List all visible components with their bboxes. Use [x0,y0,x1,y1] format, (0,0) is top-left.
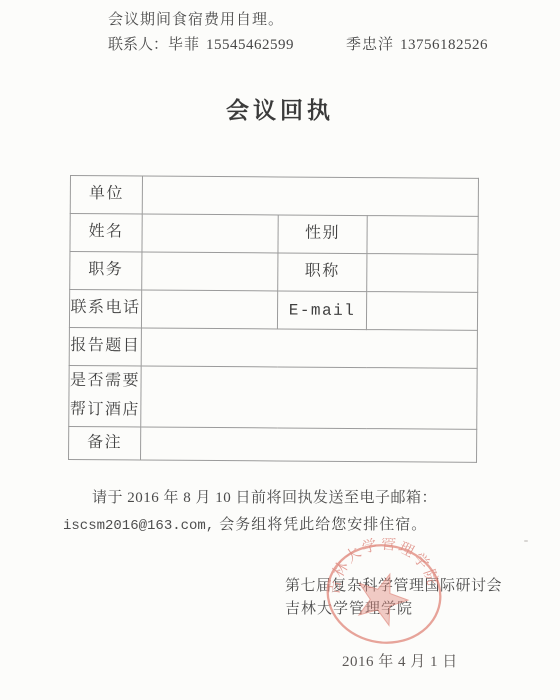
field-value-name [142,214,278,253]
email-text: iscsm2016@163.com, [63,518,214,534]
official-seal: 吉林大学管理学院 [320,538,448,652]
intro-text: 会议期间食宿费用自理。 [108,8,284,29]
table-row-unit: 单位 [70,176,478,217]
table-row-report-topic: 报告题目 [69,327,477,368]
field-value-phone [141,290,277,329]
date-line: 2016 年 4 月 1 日 [342,650,458,671]
field-label-email: E-mail [277,291,366,330]
table-row-phone-email: 联系电话 E-mail [69,290,477,331]
field-label-report-topic: 报告题目 [69,327,141,366]
field-label-hotel-booking: 是否需要 帮订酒店 [69,365,141,427]
field-label-unit: 单位 [70,176,142,215]
field-value-title [367,254,478,293]
scan-speck [524,540,528,542]
field-value-remarks [141,427,477,462]
field-label-position: 职务 [70,252,142,291]
note-line-2-rest: 会务组将凭此给您安排住宿。 [219,517,427,533]
field-label-remarks: 备注 [69,426,141,460]
contact2-name: 季忠洋 [346,37,394,53]
note-line-1: 请于 2016 年 8 月 10 日前将回执发送至电子邮箱： [92,486,437,507]
contact1-name: 毕菲 [168,37,200,53]
field-label-name: 姓名 [70,214,142,253]
organizer-name: 第七届复杂科学管理国际研讨会 [285,574,502,595]
table-row-name-gender: 姓名 性别 [70,214,478,255]
note-line-2: iscsm2016@163.com,会务组将凭此给您安排住宿。 [63,513,427,534]
table-row-hotel-booking: 是否需要 帮订酒店 [69,365,477,429]
reply-form-table: 单位 姓名 性别 职务 职称 联系电话 E-mail [68,175,479,463]
field-value-gender [367,216,478,255]
field-value-position [142,252,278,291]
field-value-unit [142,176,478,216]
organizer-dept: 吉林大学管理学院 [285,597,413,618]
reply-form: 单位 姓名 性别 职务 职称 联系电话 E-mail [68,175,478,463]
field-label-title: 职称 [278,253,367,292]
contact-label: 联系人： [108,37,168,53]
contact-line: 联系人：毕菲15545462599季忠洋13756182526 [108,33,488,54]
page-title: 会议回执 [0,92,560,125]
field-label-phone: 联系电话 [69,290,141,329]
field-value-email [366,292,477,331]
field-value-report-topic [141,328,477,368]
table-row-remarks: 备注 [69,426,477,462]
contact2-phone: 13756182526 [400,37,488,53]
field-value-hotel-booking [141,366,477,429]
field-label-gender: 性别 [278,215,367,254]
contact1-phone: 15545462599 [206,37,294,53]
table-row-position-title: 职务 职称 [70,252,478,293]
